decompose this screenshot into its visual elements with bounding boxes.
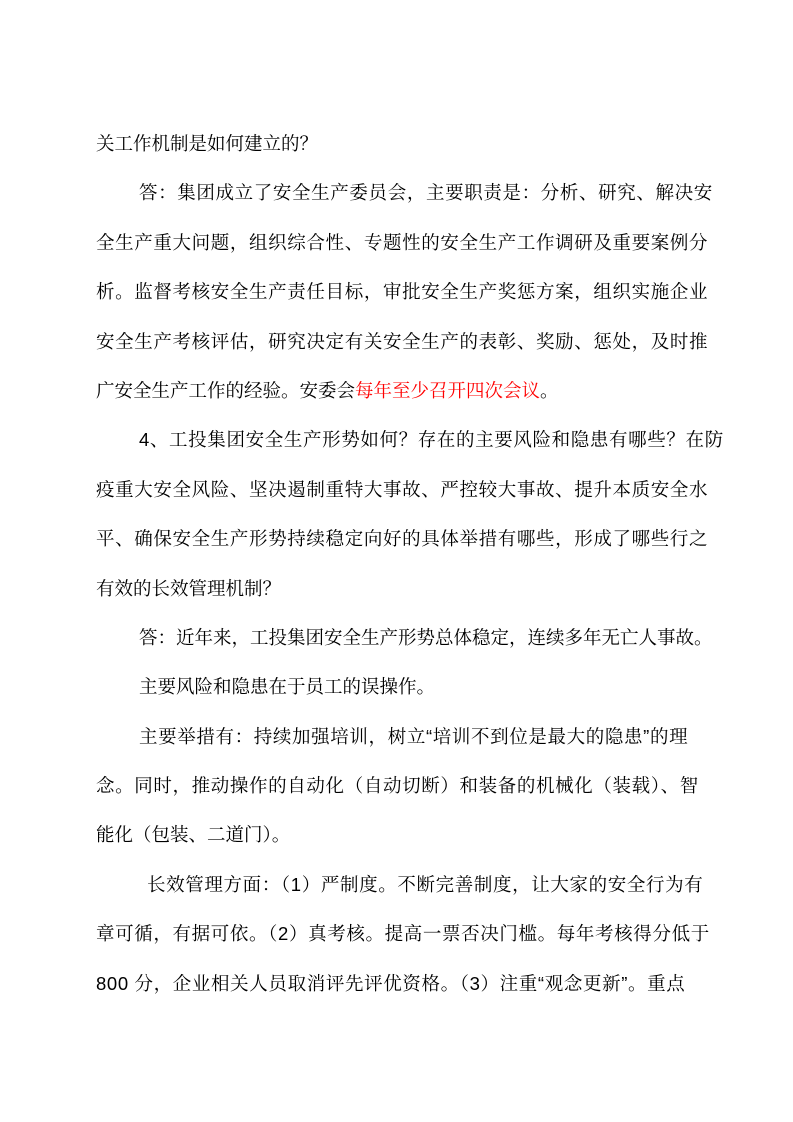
text-segment: 主要风险和隐患在于员工的误操作。 [139,676,435,697]
text-segment: 广安全生产工作的经验。安委会 [96,380,355,401]
text-segment: 安全生产考核评估，研究决定有关安全生产的表彰、奖励、惩处，及时推 [96,331,708,352]
text-line: 疫重大安全风险、坚决遏制重特大事故、严控较大事故、提升本质安全水 [96,465,708,514]
text-segment: 。 [540,380,559,401]
text-segment: 全生产重大问题，组织综合性、专题性的安全生产工作调研及重要案例分 [96,232,708,253]
text-line: 主要举措有：持续加强培训，树立“培训不到位是最大的隐患”的理 [96,712,708,761]
text-line: 全生产重大问题，组织综合性、专题性的安全生产工作调研及重要案例分 [96,218,708,267]
text-line: 答：近年来，工投集团安全生产形势总体稳定，连续多年无亡人事故。 [96,613,708,662]
text-line: 能化（包装、二道门）。 [96,810,708,859]
text-line: 广安全生产工作的经验。安委会每年至少召开四次会议。 [96,366,708,415]
text-segment: 答：近年来，工投集团安全生产形势总体稳定，连续多年无亡人事故。 [139,627,713,648]
text-line: 章可循，有据可依。（2）真考核。提高一票否决门槛。每年考核得分低于 [96,909,708,958]
text-line: 关工作机制是如何建立的？ [96,119,708,168]
text-line: 析。监督考核安全生产责任目标，审批安全生产奖惩方案，组织实施企业 [96,267,708,316]
red-emphasis-text: 每年至少召开四次会议 [355,380,540,401]
text-line: 主要风险和隐患在于员工的误操作。 [96,662,708,711]
text-line: 有效的长效管理机制？ [96,564,708,613]
text-line: 4、工投集团安全生产形势如何？存在的主要风险和隐患有哪些？在防 [96,415,708,464]
text-segment: 关工作机制是如何建立的？ [96,133,318,154]
document-page: 关工作机制是如何建立的？答：集团成立了安全生产委员会，主要职责是：分析、研究、解… [0,0,793,1122]
text-segment: 主要举措有：持续加强培训，树立“培训不到位是最大的隐患”的理 [139,726,688,747]
text-line: 安全生产考核评估，研究决定有关安全生产的表彰、奖励、惩处，及时推 [96,317,708,366]
text-segment: 析。监督考核安全生产责任目标，审批安全生产奖惩方案，组织实施企业 [96,281,708,302]
text-segment: 平、确保安全生产形势持续稳定向好的具体举措有哪些，形成了哪些行之 [96,528,708,549]
text-line: 800 分，企业相关人员取消评先评优资格。（3）注重“观念更新”。重点 [96,959,708,1008]
text-segment: 章可循，有据可依。（2）真考核。提高一票否决门槛。每年考核得分低于 [96,923,710,944]
text-segment: 疫重大安全风险、坚决遏制重特大事故、严控较大事故、提升本质安全水 [96,479,708,500]
text-segment: 答：集团成立了安全生产委员会，主要职责是：分析、研究、解决安 [139,182,713,203]
text-segment: 长效管理方面：（1）严制度。不断完善制度，让大家的安全行为有 [147,874,703,895]
text-line: 念。同时，推动操作的自动化（自动切断）和装备的机械化（装载）、智 [96,761,708,810]
text-segment: 4、工投集团安全生产形势如何？存在的主要风险和隐患有哪些？在防 [139,429,724,450]
text-segment: 念。同时，推动操作的自动化（自动切断）和装备的机械化（装载）、智 [96,775,699,796]
text-segment: 能化（包装、二道门）。 [96,824,290,845]
text-segment: 800 分，企业相关人员取消评先评优资格。（3）注重“观念更新”。重点 [96,973,685,994]
text-line: 平、确保安全生产形势持续稳定向好的具体举措有哪些，形成了哪些行之 [96,514,708,563]
text-line: 答：集团成立了安全生产委员会，主要职责是：分析、研究、解决安 [96,168,708,217]
text-line: 长效管理方面：（1）严制度。不断完善制度，让大家的安全行为有 [96,860,708,909]
text-segment: 有效的长效管理机制？ [96,578,281,599]
document-body: 关工作机制是如何建立的？答：集团成立了安全生产委员会，主要职责是：分析、研究、解… [96,119,708,1008]
